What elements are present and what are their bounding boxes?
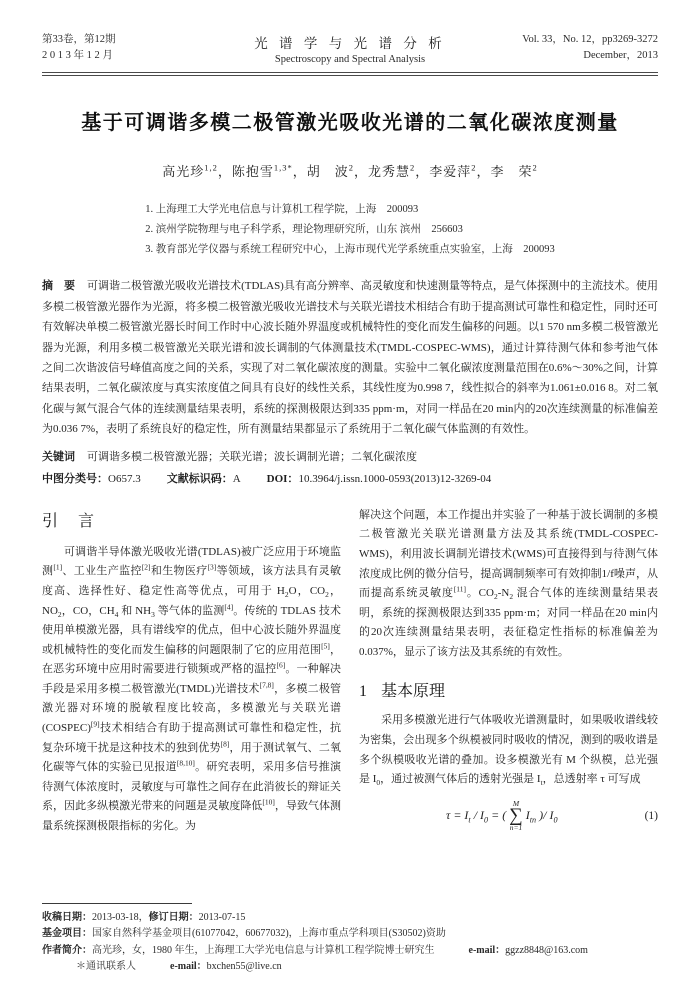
volume-issue-cn: 第33卷，第12期 [42, 32, 212, 48]
keywords-text: 可调谐多模二极管激光器；关联光谱；波长调制光谱；二氧化碳浓度 [87, 451, 417, 463]
volume-issue-en: Vol. 33，No. 12，pp3269-3272 [488, 32, 658, 48]
section-1-title: 基本原理 [381, 683, 445, 700]
doc-code-label: 文献标识码： [167, 473, 233, 485]
section-1-heading: 1基本原理 [359, 678, 658, 701]
clc-label: 中图分类号： [42, 473, 108, 485]
journal-name-en: Spectroscopy and Spectral Analysis [212, 54, 488, 65]
journal-masthead: 第33卷，第12期 2 0 1 3 年 1 2 月 光 谱 学 与 光 谱 分 … [42, 32, 658, 65]
sigma-glyph: ∑ [509, 807, 523, 824]
corr-email-value: bxchen55@live.cn [207, 961, 282, 972]
date-en: December，2013 [488, 48, 658, 64]
right-column: 解决这个问题，本工作提出并实验了一种基于波长调制的多模二极管激光关联光谱测量方法… [359, 506, 658, 838]
journal-name-cn: 光 谱 学 与 光 谱 分 析 [212, 32, 488, 52]
intro-continuation-paragraph: 解决这个问题，本工作提出并实验了一种基于波长调制的多模二极管激光关联光谱测量方法… [359, 506, 658, 663]
equation-1: τ = It / I0 = ( M ∑ n=1 Itn )/ I0 (1) [359, 800, 658, 832]
funding-line: 基金项目：国家自然科学基金项目(61077042，60677032)，上海市重点… [42, 926, 658, 942]
left-column: 引 言 可调谐半导体激光吸收光谱(TDLAS)被广泛应用于环境监测[1]、工业生… [42, 506, 341, 838]
equation-lhs: τ = It / I0 = ( [446, 808, 506, 823]
funding-label: 基金项目： [42, 928, 92, 939]
corresponding-author-line: ＊通讯联系人e-mail：bxchen55@live.cn [42, 959, 658, 975]
received-label: 收稿日期： [42, 912, 92, 923]
bio-email-value: ggzz8848@163.com [505, 945, 588, 956]
revised-label: 修订日期： [149, 912, 199, 923]
header-divider [42, 72, 658, 76]
affiliation-2: 2. 滨州学院物理与电子科学系，理论物理研究所，山东 滨州 256603 [145, 220, 555, 240]
funding-value: 国家自然科学基金项目(61077042，60677032)，上海市重点学科项目(… [92, 928, 446, 939]
received-value: 2013-03-18， [92, 912, 149, 923]
corresponding-note: ＊通讯联系人 [76, 961, 136, 972]
summation-symbol: M ∑ n=1 [509, 800, 523, 832]
bio-email-label: e-mail： [469, 945, 506, 956]
doc-code-value: A [233, 473, 241, 485]
abstract-text: 可调谐二极管激光吸收光谱技术(TDLAS)具有高分辨率、高灵敏度和快速测量等特点… [42, 280, 658, 435]
bio-label: 作者简介： [42, 945, 92, 956]
affiliation-list: 1. 上海理工大学光电信息与计算机工程学院，上海 200093 2. 滨州学院物… [145, 200, 555, 260]
doi-label: DOI： [267, 473, 299, 485]
intro-paragraph: 可调谐半导体激光吸收光谱(TDLAS)被广泛应用于环境监测[1]、工业生产监控[… [42, 543, 341, 837]
corr-email-label: e-mail： [170, 961, 207, 972]
masthead-volume-block: 第33卷，第12期 2 0 1 3 年 1 2 月 [42, 32, 212, 64]
equation-rhs: Itn )/ I0 [526, 808, 558, 823]
footnote-divider [42, 903, 192, 904]
summation-lower-limit: n=1 [510, 824, 523, 832]
masthead-issue-block: Vol. 33，No. 12，pp3269-3272 December，2013 [488, 32, 658, 64]
revised-value: 2013-07-15 [199, 912, 246, 923]
affiliation-1: 1. 上海理工大学光电信息与计算机工程学院，上海 200093 [145, 200, 555, 220]
keywords-label: 关键词 [42, 451, 75, 463]
journal-name-block: 光 谱 学 与 光 谱 分 析 Spectroscopy and Spectra… [212, 32, 488, 65]
affiliation-3: 3. 教育部光学仪器与系统工程研究中心，上海市现代光学系统重点实验室，上海 20… [145, 240, 555, 260]
classification-line: 中图分类号：O657.3文献标识码：ADOI：10.3964/j.issn.10… [42, 470, 658, 486]
intro-heading: 引 言 [42, 508, 341, 531]
two-column-body: 引 言 可调谐半导体激光吸收光谱(TDLAS)被广泛应用于环境监测[1]、工业生… [42, 506, 658, 838]
journal-first-page: 第33卷，第12期 2 0 1 3 年 1 2 月 光 谱 学 与 光 谱 分 … [0, 0, 700, 989]
section-1-number: 1 [359, 683, 367, 700]
footnote-block: 收稿日期：2013-03-18，修订日期：2013-07-15 基金项目：国家自… [42, 903, 658, 975]
abstract-paragraph: 摘 要可调谐二极管激光吸收光谱技术(TDLAS)具有高分辨率、高灵敏度和快速测量… [42, 276, 658, 440]
author-bio-line: 作者简介：高光珍，女，1980 年生，上海理工大学光电信息与计算机工程学院博士研… [42, 943, 658, 959]
equation-1-body: τ = It / I0 = ( M ∑ n=1 Itn )/ I0 [359, 800, 645, 832]
clc-value: O657.3 [108, 473, 141, 485]
paper-title: 基于可调谐多模二极管激光吸收光谱的二氧化碳浓度测量 [42, 106, 658, 135]
author-list: 高光珍1,2，陈抱雪1,3*，胡 波2，龙秀慧2，李爱萍2，李 荣2 [42, 161, 658, 180]
received-date-line: 收稿日期：2013-03-18，修订日期：2013-07-15 [42, 910, 658, 926]
equation-number: (1) [645, 810, 658, 822]
abstract-label: 摘 要 [42, 280, 75, 292]
keywords-line: 关键词可调谐多模二极管激光器；关联光谱；波长调制光谱；二氧化碳浓度 [42, 448, 658, 464]
date-cn: 2 0 1 3 年 1 2 月 [42, 48, 212, 64]
section-1-paragraph: 采用多模激光进行气体吸收光谱测量时，如果吸收谱线较为密集，会出现多个纵模被同时吸… [359, 711, 658, 789]
doi-value: 10.3964/j.issn.1000-0593(2013)12-3269-04 [298, 473, 491, 485]
bio-value: 高光珍，女，1980 年生，上海理工大学光电信息与计算机工程学院博士研究生 [92, 945, 435, 956]
